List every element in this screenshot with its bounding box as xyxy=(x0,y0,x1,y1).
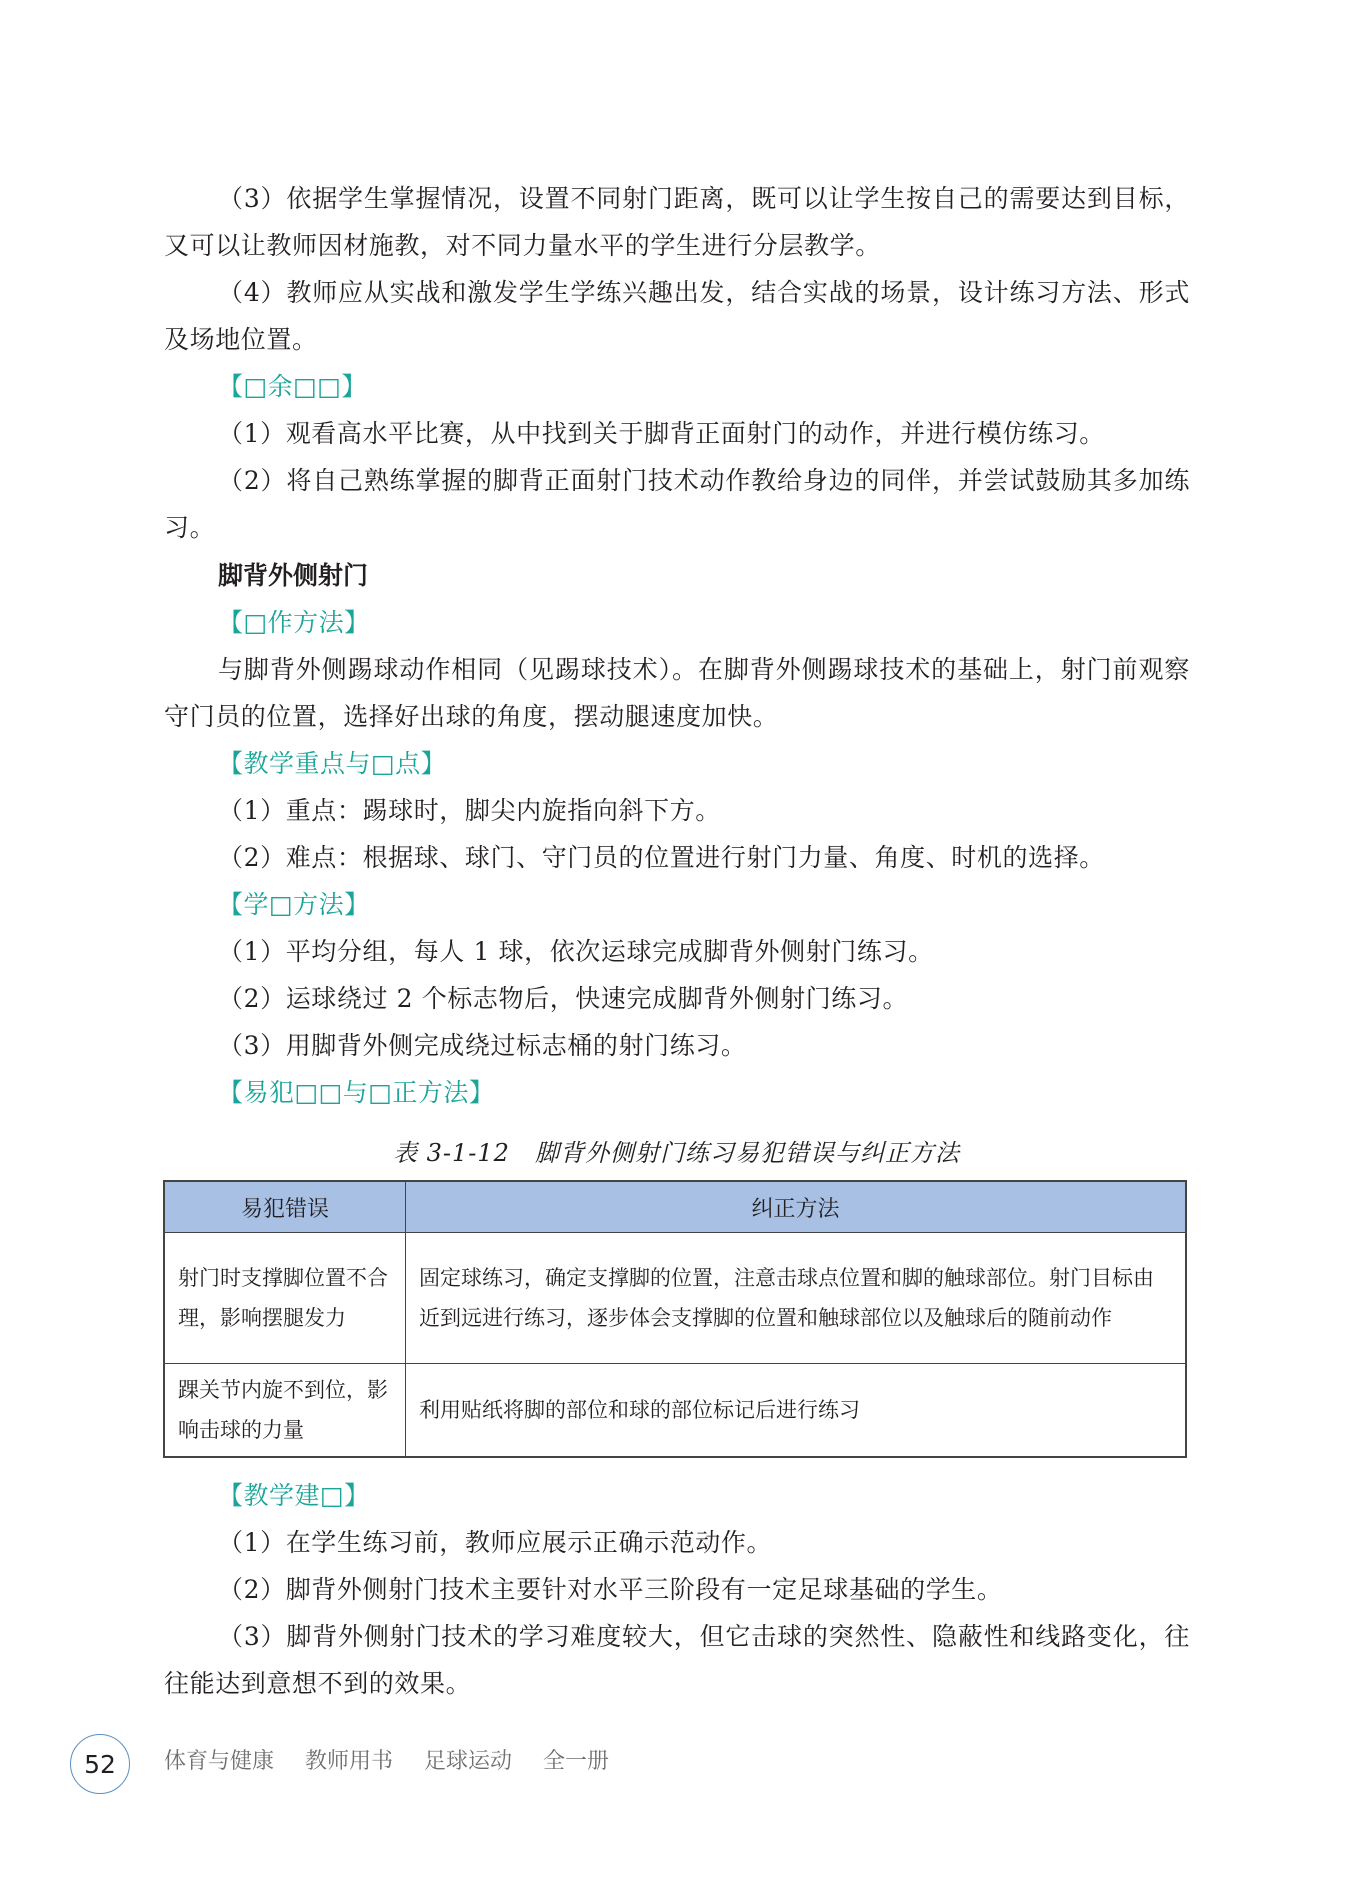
practice-item-1: （1）平均分组，每人 1 球，依次运球完成脚背外侧射门练习。 xyxy=(218,928,934,975)
practice-item-3: （3）用脚背外侧完成绕过标志桶的射门练习。 xyxy=(218,1022,747,1069)
suggestion-item-2: （2）脚背外侧射门技术主要针对水平三阶段有一定足球基础的学生。 xyxy=(218,1566,1003,1613)
column-header-correction: 纠正方法 xyxy=(406,1181,1187,1233)
extracurricular-item-1: （1）观看高水平比赛，从中找到关于脚背正面射门的动作，并进行模仿练习。 xyxy=(164,410,1190,457)
paragraph-item-3: （3）依据学生掌握情况，设置不同射门距离，既可以让学生按自己的需要达到目标，又可… xyxy=(164,175,1190,269)
table-header-row: 易犯错误 纠正方法 xyxy=(164,1181,1186,1233)
footer-volume: 全一册 xyxy=(543,1749,609,1774)
table-caption: 表 3-1-12 脚背外侧射门练习易犯错误与纠正方法 xyxy=(0,1133,1353,1173)
suggestion-item-1: （1）在学生练习前，教师应展示正确示范动作。 xyxy=(218,1519,772,1566)
textbook-page: （3）依据学生掌握情况，设置不同射门距离，既可以让学生按自己的需要达到目标，又可… xyxy=(0,0,1353,1885)
page-number-badge: 52 xyxy=(70,1734,130,1794)
errors-table: 易犯错误 纠正方法 射门时支撑脚位置不合理，影响摆腿发力 固定球练习，确定支撑脚… xyxy=(163,1180,1187,1458)
keypoint-item-2: （2）难点：根据球、球门、守门员的位置进行射门力量、角度、时机的选择。 xyxy=(218,834,1105,881)
table-row: 射门时支撑脚位置不合理，影响摆腿发力 固定球练习，确定支撑脚的位置，注意击球点位… xyxy=(164,1233,1186,1364)
heading-practice: 【学□方法】 xyxy=(218,881,370,928)
method-text: 与脚背外侧踢球动作相同（见踢球技术）。在脚背外侧踢球技术的基础上，射门前观察守门… xyxy=(164,646,1190,740)
page-number: 52 xyxy=(84,1750,116,1779)
heading-errors: 【易犯□□与□正方法】 xyxy=(218,1069,494,1116)
footer-sport: 足球运动 xyxy=(424,1749,512,1774)
suggestion-item-3: （3）脚背外侧射门技术的学习难度较大，但它击球的突然性、隐蔽性和线路变化，往往能… xyxy=(164,1613,1190,1707)
correction-cell: 固定球练习，确定支撑脚的位置，注意击球点位置和脚的触球部位。射门目标由近到远进行… xyxy=(406,1233,1187,1364)
footer-book-type: 教师用书 xyxy=(305,1749,393,1774)
running-footer: 体育与健康 教师用书 足球运动 全一册 xyxy=(164,1744,633,1780)
error-cell: 踝关节内旋不到位，影响击球的力量 xyxy=(164,1364,406,1458)
footer-subject: 体育与健康 xyxy=(164,1749,274,1774)
topic-title: 脚背外侧射门 xyxy=(218,552,368,599)
practice-item-2: （2）运球绕过 2 个标志物后，快速完成脚背外侧射门练习。 xyxy=(218,975,908,1022)
correction-cell: 利用贴纸将脚的部位和球的部位标记后进行练习 xyxy=(406,1364,1187,1458)
paragraph-item-4: （4）教师应从实战和激发学生学练兴趣出发，结合实战的场景，设计练习方法、形式及场… xyxy=(164,269,1190,363)
column-header-errors: 易犯错误 xyxy=(164,1181,406,1233)
heading-extracurricular: 【□余□□】 xyxy=(218,363,367,410)
error-cell: 射门时支撑脚位置不合理，影响摆腿发力 xyxy=(164,1233,406,1364)
heading-suggestions: 【教学建□】 xyxy=(218,1472,370,1519)
keypoint-item-1: （1）重点：踢球时，脚尖内旋指向斜下方。 xyxy=(218,787,721,834)
table-row: 踝关节内旋不到位，影响击球的力量 利用贴纸将脚的部位和球的部位标记后进行练习 xyxy=(164,1364,1186,1458)
heading-keypoints: 【教学重点与□点】 xyxy=(218,740,446,787)
extracurricular-item-2: （2）将自己熟练掌握的脚背正面射门技术动作教给身边的同伴，并尝试鼓励其多加练习。 xyxy=(164,457,1190,551)
heading-method: 【□作方法】 xyxy=(218,599,370,646)
